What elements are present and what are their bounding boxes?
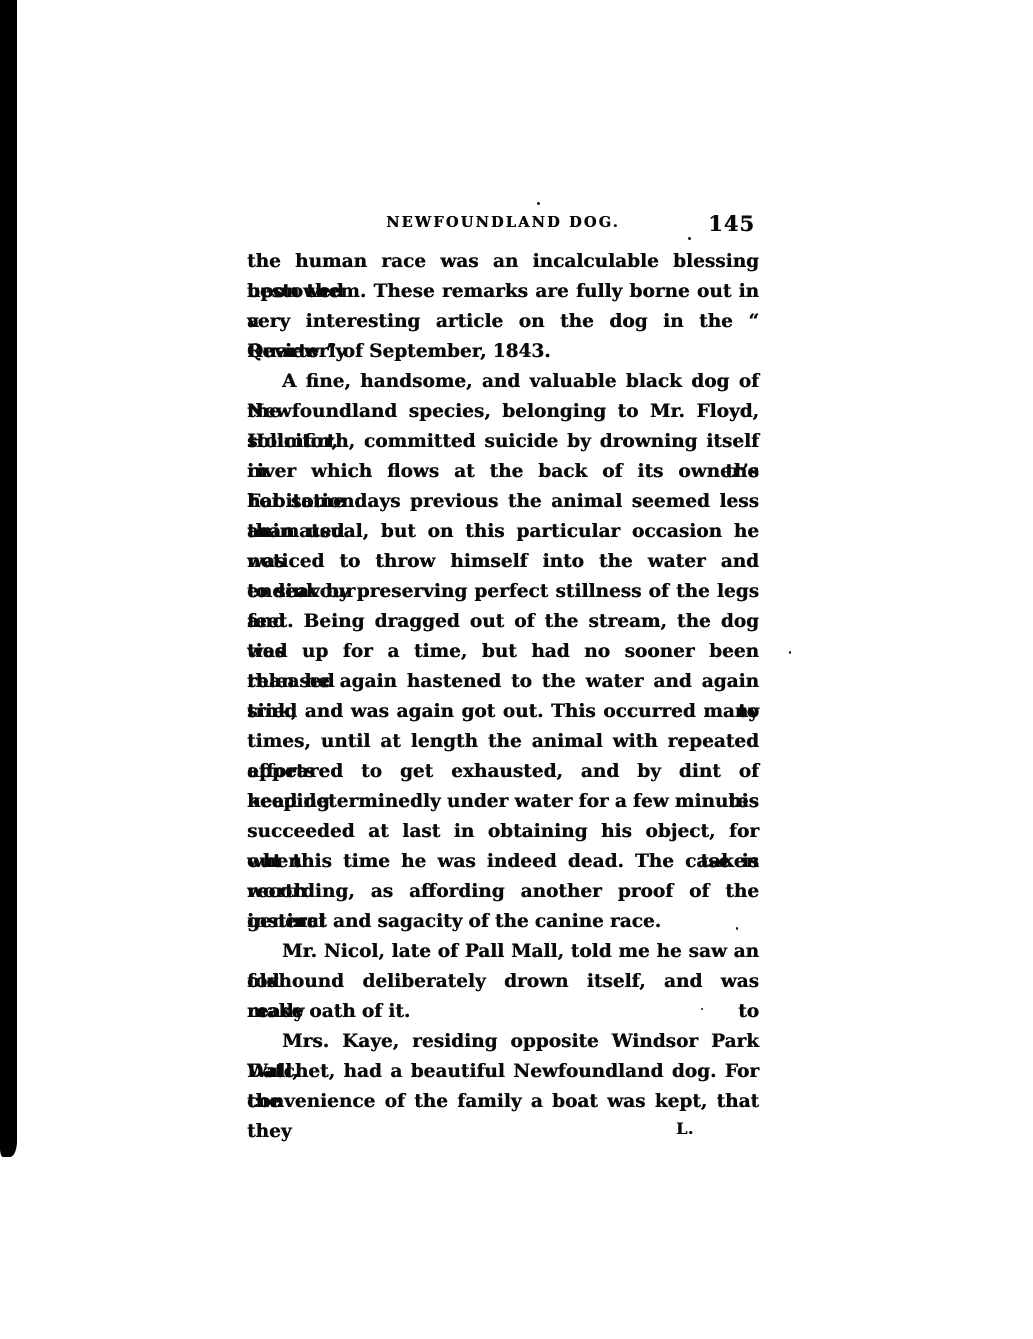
text-line: very interesting article on the dog in t…	[247, 307, 759, 337]
text-line: Newfoundland species, belonging to Mr. F…	[247, 397, 759, 427]
page-number: 145	[708, 211, 755, 236]
ink-speck	[736, 927, 738, 930]
running-title: NEWFOUNDLAND DOG.	[386, 214, 620, 231]
text-line: recording, as affording another proof of…	[247, 877, 759, 907]
text-line: feet. Being dragged out of the stream, t…	[247, 607, 759, 637]
text-line: For some days previous the animal seemed…	[247, 487, 759, 517]
ink-speck	[789, 651, 791, 654]
text-line: Review ” of September, 1843.	[247, 337, 759, 367]
ink-speck	[688, 237, 691, 240]
scan-gutter-shadow	[0, 0, 17, 1157]
text-line: than he again hastened to the water and …	[247, 667, 759, 697]
text-block: the human race was an incalculable bless…	[247, 247, 759, 1117]
text-line: the human race was an incalculable bless…	[247, 247, 759, 277]
text-line: Mr. Nicol, late of Pall Mall, told me he…	[247, 937, 759, 967]
text-line: convenience of the family a boat was kep…	[247, 1087, 759, 1117]
text-line: A fine, handsome, and valuable black dog…	[247, 367, 759, 397]
text-line: times, until at length the animal with r…	[247, 727, 759, 757]
text-line: foxhound deliberately drown itself, and …	[247, 967, 759, 997]
text-line: noticed to throw himself into the water …	[247, 547, 759, 577]
text-line: Datchet, had a beautiful Newfoundland do…	[247, 1057, 759, 1087]
text-line: Mrs. Kaye, residing opposite Windsor Par…	[247, 1027, 759, 1057]
text-line: head determinedly under water for a few …	[247, 787, 759, 817]
page-header: NEWFOUNDLAND DOG. 145	[247, 211, 759, 237]
text-line: Holmfirth, committed suicide by drowning…	[247, 427, 759, 457]
ink-speck	[537, 202, 540, 205]
printer-signature-mark: L.	[676, 1119, 694, 1138]
ink-speck	[701, 1008, 703, 1010]
text-line: succeeded at last in obtaining his objec…	[247, 817, 759, 847]
text-line: out this time he was indeed dead. The ca…	[247, 847, 759, 877]
book-page-scan: NEWFOUNDLAND DOG. 145 the human race was…	[0, 0, 1033, 1339]
text-line: upon them. These remarks are fully borne…	[247, 277, 759, 307]
text-line: to sink by preserving perfect stillness …	[247, 577, 759, 607]
text-line: appeared to get exhausted, and by dint o…	[247, 757, 759, 787]
text-line: than usual, but on this particular occas…	[247, 517, 759, 547]
text-line: tied up for a time, but had no sooner be…	[247, 637, 759, 667]
text-line: river which flows at the back of its own…	[247, 457, 759, 487]
text-line: sink, and was again got out. This occurr…	[247, 697, 759, 727]
text-line: instinct and sagacity of the canine race…	[247, 907, 759, 937]
